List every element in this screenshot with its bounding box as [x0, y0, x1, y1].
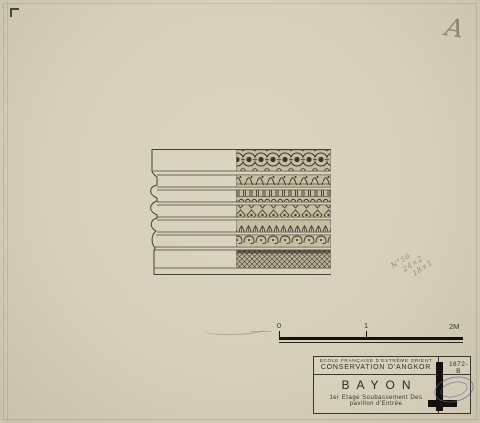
scale-bar-underline [279, 342, 463, 343]
title-cell: BAYON 1er Etage Soubassement Des pavillo… [314, 375, 439, 413]
band-scroll [237, 235, 331, 247]
drawing-title: BAYON [321, 378, 438, 392]
pencil-dash [250, 331, 272, 332]
department-name: CONSERVATION D'ANGKOR [314, 364, 438, 371]
pencil-note: N°56 24×2 18×1 [389, 233, 449, 285]
band-arcade [237, 190, 331, 202]
molding-profile-drawing [147, 149, 331, 276]
drawing-number: 1872-B [439, 357, 470, 374]
ornament-bands [237, 150, 331, 268]
band-rosette-lattice [237, 150, 331, 171]
pencil-smudge [204, 324, 266, 336]
corner-mark-vertical [10, 8, 12, 17]
paper-sheet: A [0, 0, 480, 423]
scale-label-2m: 2M [449, 322, 459, 331]
corner-registration-mark [10, 8, 20, 18]
band-lozenge [237, 205, 331, 217]
scale-bar [279, 337, 463, 340]
drawing-subtitle-line2: pavillon d'Entrée [314, 401, 438, 407]
sheet-edge-line [7, 1, 8, 422]
handwritten-letter: A [442, 12, 471, 49]
band-petal [237, 220, 331, 232]
title-block-header-row: ECOLE FRANÇAISE D'EXTRÊME ORIENT CONSERV… [314, 357, 470, 375]
title-block: ECOLE FRANÇAISE D'EXTRÊME ORIENT CONSERV… [313, 356, 471, 414]
institution-cell: ECOLE FRANÇAISE D'EXTRÊME ORIENT CONSERV… [314, 357, 439, 374]
band-foliage-scroll [237, 175, 331, 187]
scale-label-1: 1 [364, 321, 368, 330]
scale-label-0: 0 [277, 321, 281, 330]
institution-name: ECOLE FRANÇAISE D'EXTRÊME ORIENT [314, 359, 438, 364]
